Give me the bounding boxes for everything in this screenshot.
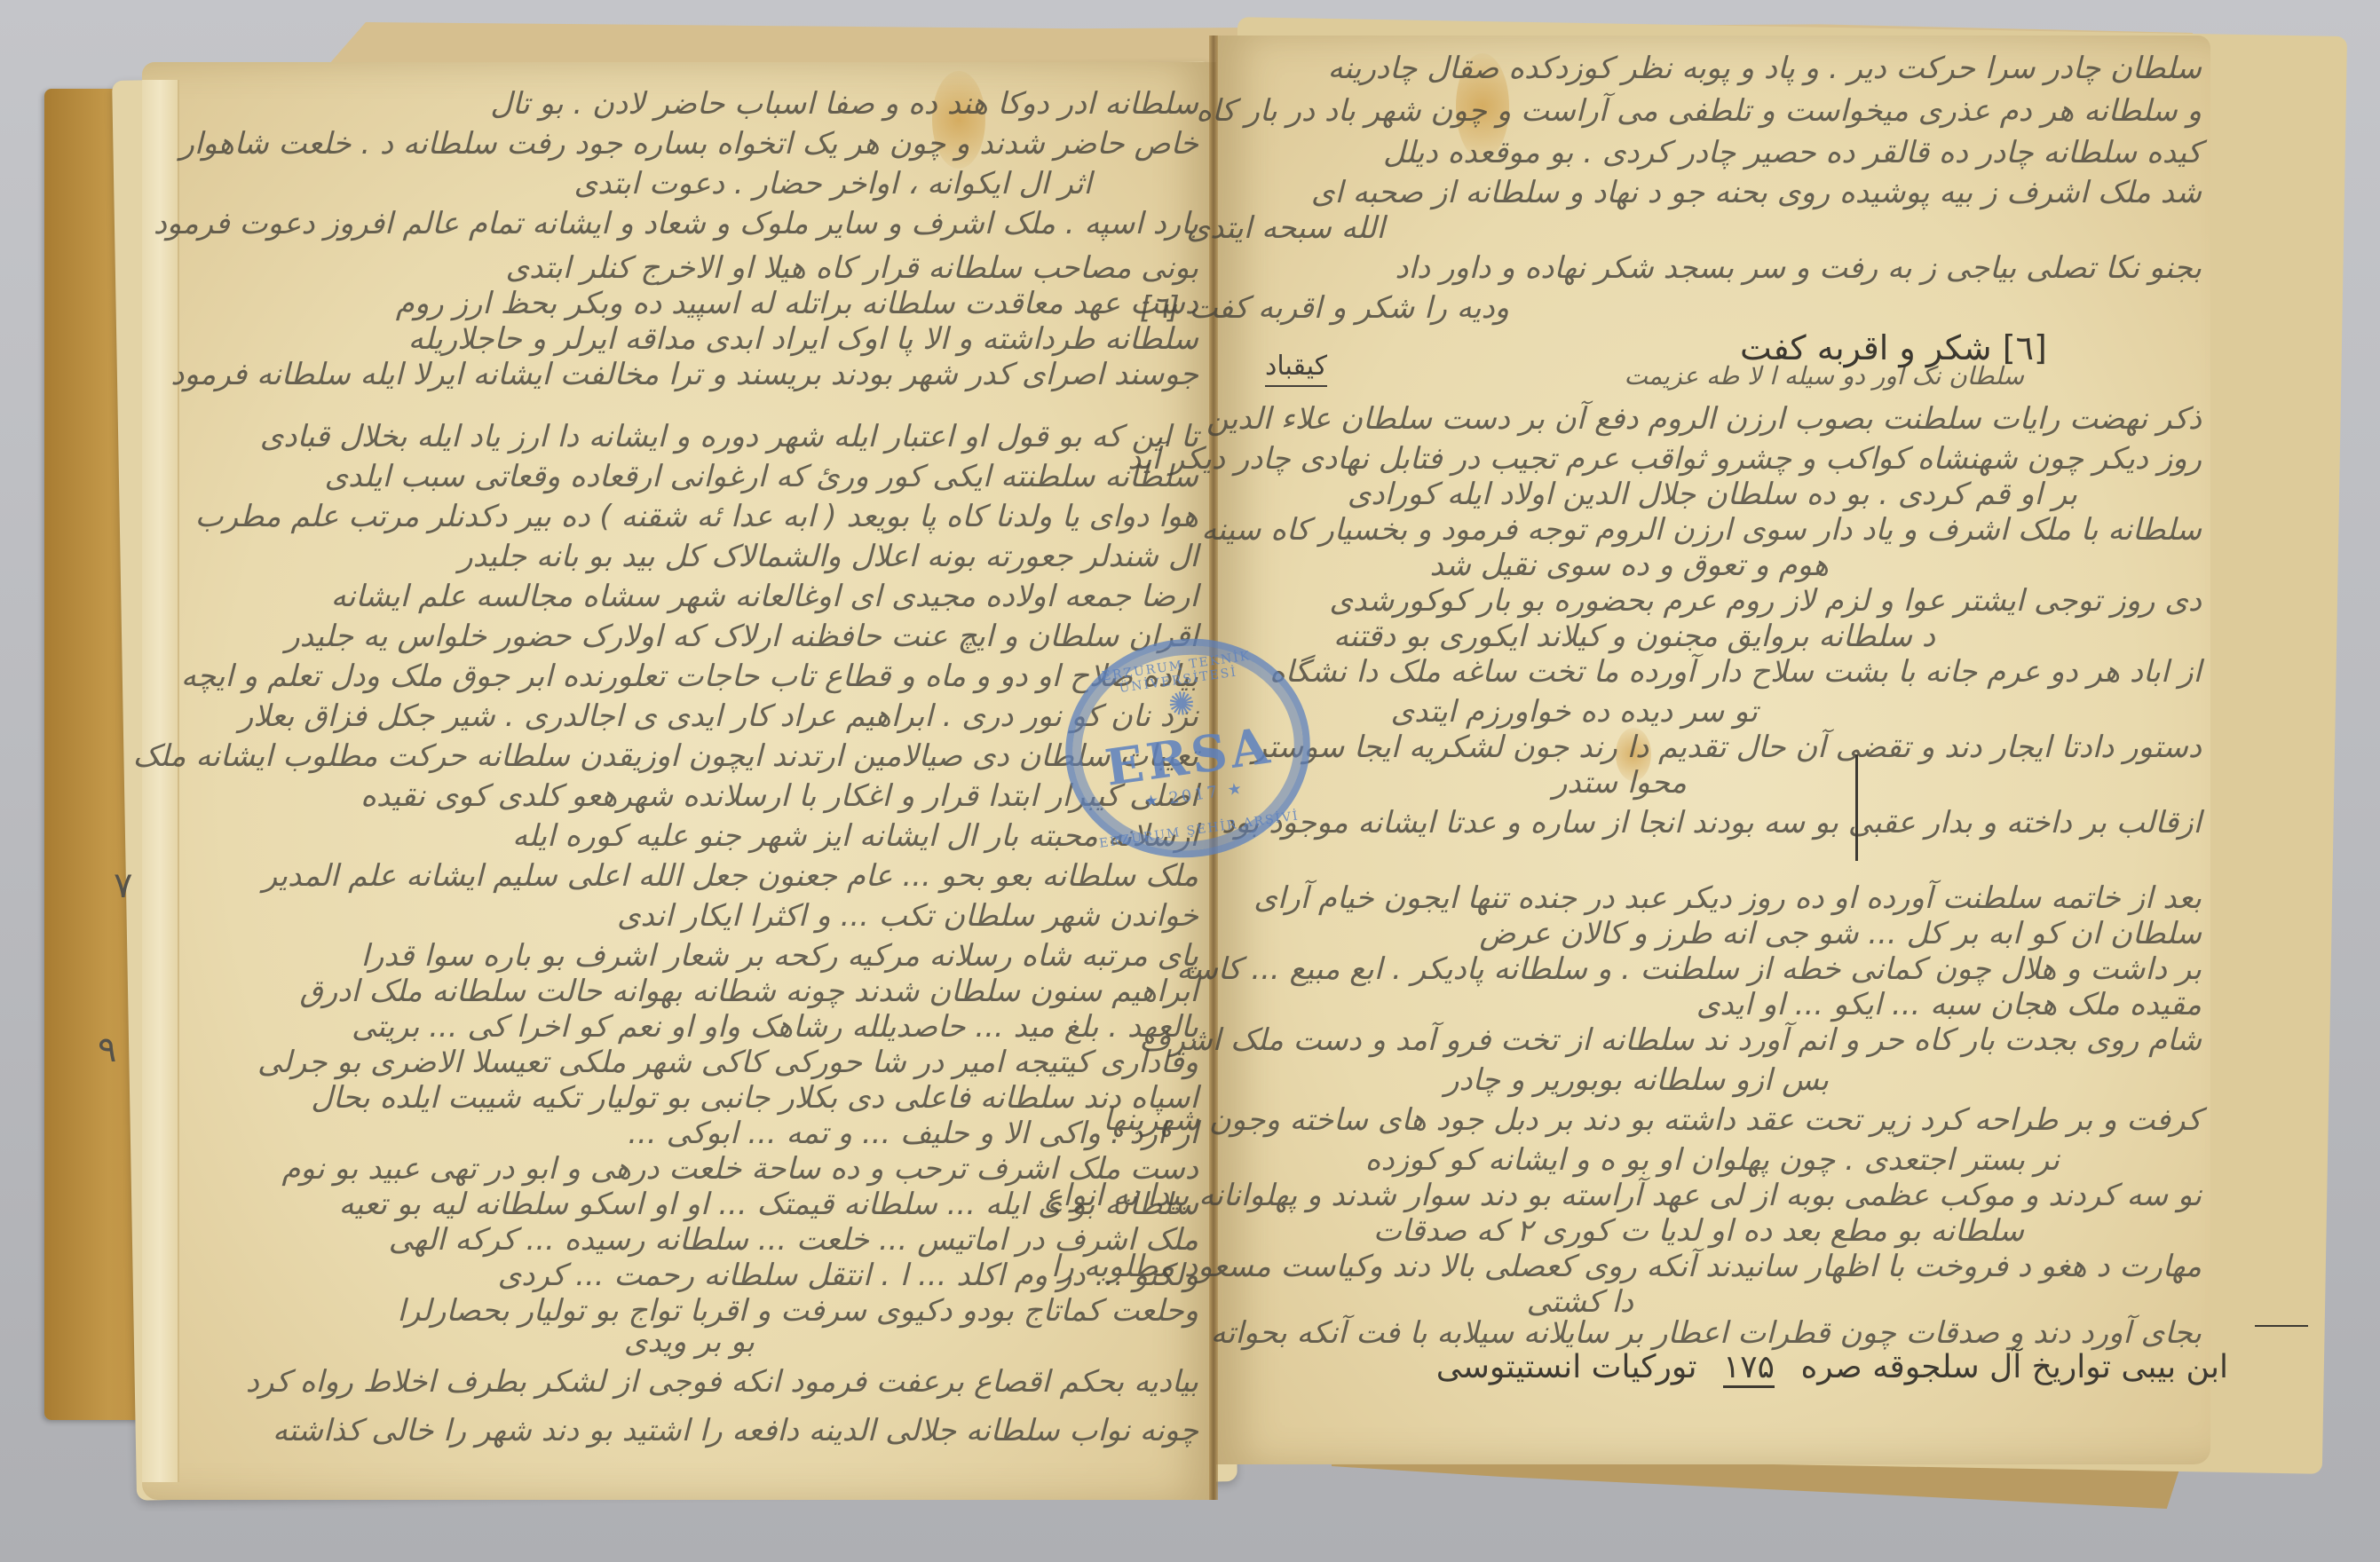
manuscript-line: دا کشتی <box>1526 1287 1633 1317</box>
manuscript-line: دی روز توجی ایشتر عوا و لزم لاز روم عرم … <box>1329 586 2202 616</box>
manuscript-line: بیاده صلاح او دو و ماه و قطاع تاب حاجات … <box>181 661 1198 691</box>
manuscript-line: سلطانه طرداشته و الا پا اوک ایراد ابدی م… <box>408 324 1198 354</box>
manuscript-line: تا این که بو قول او اعتبار ایله شهر دوره… <box>260 422 1198 452</box>
manuscript-line: پای مرتبه شاه رسلانه مرکیه رکحه بر شعار … <box>361 941 1198 971</box>
manuscript-line: هوم و تعوق و ده سوی نقیل شد <box>1430 550 1829 580</box>
manuscript-line: بیادیه بحکم اقصاع برعفت فرمود انکه فوجی … <box>246 1367 1198 1397</box>
marginal-note: کیقباد <box>1265 351 1327 387</box>
footer-rule <box>2255 1325 2308 1327</box>
manuscript-line: اثر ال ایکوانه ، اواخر حضار . دعوت ابتدی <box>574 169 1092 199</box>
manuscript-line: شد ملک اشرف ز بیه پوشیده روی بحنه جو د ن… <box>1311 177 2202 208</box>
footer-publisher: تورکیات انستیتوسی <box>1436 1349 1697 1385</box>
manuscript-line: خاص حاضر شدند و چون هر یک اتخواه بساره ج… <box>179 129 1198 159</box>
manuscript-line: از اباد هر دو عرم جانه با بشت سلاح دار آ… <box>1269 657 2202 687</box>
manuscript-line: هوا دوای یا ولدنا کاه پا بویعد ( ابه عدا… <box>195 501 1198 532</box>
manuscript-line: خواندن شهر سلطان تکب ... و اکثرا ایکار ا… <box>617 901 1198 931</box>
manuscript-line: جوسند اصرای کدر شهر بودند بریسند و ترا م… <box>170 359 1198 390</box>
manuscript-line: ذکر نهضت رایات سلطنت بصوب ارزن الروم دفع… <box>1206 404 2202 434</box>
manuscript-line: نر بستر اجتعدی . چون پهلوان او بو ه و ای… <box>1365 1145 2060 1175</box>
manuscript-line: وقاداری کیتیجه امیر در شا حورکی کاکی شهر… <box>257 1047 1198 1077</box>
manuscript-line: بجنو نکا تصلی بیاجی ز به رفت و سر بسجد ش… <box>1395 253 2202 283</box>
margin-page-number: ٧ <box>114 865 132 906</box>
page-footer: ابن بیبی تواریخ آل سلجوقه صره ۱۷۵ تورکیا… <box>1403 1349 2228 1385</box>
manuscript-line: سلطان چادر سرا حرکت دیر . و پاد و پوبه ن… <box>1328 53 2202 83</box>
manuscript-line: بو بر ویدی <box>624 1327 755 1357</box>
manuscript-line: کیده سلطانه چادر ده قالقر ده حصیر چادر ک… <box>1383 138 2202 168</box>
left-page-margin-fold <box>142 80 179 1482</box>
manuscript-line: بارد اسپه . ملک اشرف و سایر ملوک و شعاد … <box>154 209 1198 239</box>
manuscript-line: سلطانه بو مطع بعد ده او لدیا ت کوری ۲ که… <box>1373 1216 2024 1246</box>
manuscript-line: دستور دادتا ایجار دند و تقضی آن حال تقدی… <box>1253 732 2202 762</box>
manuscript-line: وحلعت کماتاج بودو دکیوی سرفت و اقربا توا… <box>397 1296 1198 1326</box>
manuscript-line: و سلطانه هر دم عذری میخواست و تلطفی می آ… <box>1196 96 2202 126</box>
footer-page-number: ۱۷۵ <box>1723 1349 1775 1388</box>
manuscript-line: مهارت د هغو د فروخت با اظهار سانیدند آنک… <box>1051 1251 2202 1282</box>
vertical-pen-mark <box>1855 754 1858 861</box>
manuscript-line: سلطانه ادر دوکا هند ده و صفا اسباب حاضر … <box>490 89 1198 119</box>
manuscript-line: بونی مصاحب سلطانه قرار کاه هیلا او الاخر… <box>506 253 1198 283</box>
manuscript-line: بجای آورد دند و صدقات چون قطرات اعطار بر… <box>1211 1318 2202 1348</box>
manuscript-line: تو سر دیده ده خواورزم ایتدی <box>1391 697 1759 727</box>
manuscript-line: د سلطانه بروایق مجنون و کیلاند ایکوری بو… <box>1333 621 1935 651</box>
right-page-text: سلطان چادر سرا حرکت دیر . و پاد و پوبه ن… <box>1243 53 2202 1438</box>
manuscript-line: دست عهد معاقدت سلطانه براتله له اسپید ده… <box>396 288 1198 319</box>
manuscript-line: شام روی بجدت بار کاه حر و انم آورد ند سل… <box>1139 1025 2202 1055</box>
manuscript-line: سلطانه سلطنته ایکی کور ورئ که ارغوانی ار… <box>325 461 1199 492</box>
manuscript-line: بعد از خاتمه سلطنت آورده او ده روز دیکر … <box>1253 883 2202 913</box>
manuscript-line: اقران سلطان و ایچ عنت حافظنه ارلاک که او… <box>285 621 1198 651</box>
manuscript-line: ملک سلطانه بعو بحو ... عام جعنون جعل الل… <box>263 861 1198 891</box>
manuscript-line: تعیبات سلطان دی صیالامین ارتدند ایچون او… <box>133 741 1198 771</box>
manuscript-line: ال شندلر جعورته بونه اعلال والشمالاک کل … <box>458 541 1198 572</box>
margin-page-number: ٩ <box>98 1029 116 1070</box>
manuscript-line: ارضا جمعه اولاده مجیدی ای اوغالعانه شهر … <box>331 581 1198 611</box>
manuscript-line: محوا ستدر <box>1553 768 1687 798</box>
manuscript-line: نو سه کردند و موکب عظمی بوبه از لی عهد آ… <box>1045 1180 2202 1211</box>
manuscript-line: بر او قم کردی . بو ده سلطان جلال الدین ا… <box>1348 479 2077 509</box>
left-page-text: سلطانه ادر دوکا هند ده و صفا اسباب حاضر … <box>178 89 1198 1420</box>
manuscript-line: کرفت و بر طراحه کرد زیر تحت عقد داشته بو… <box>1103 1105 2202 1135</box>
manuscript-line: بالعهد . بلغ مید ... حاصدیلله رشاهک واو … <box>352 1012 1198 1042</box>
section-heading: [٦] شکر و اقربه کفت <box>1740 328 2047 367</box>
manuscript-line: سلطانه با ملک اشرف و یاد دار سوی ارزن ال… <box>1201 515 2202 545</box>
manuscript-line: ودیه را شکر و اقربه کفت [٦] <box>1140 293 1509 323</box>
manuscript-line: ابراهیم سنون سلطان شدند چونه شطانه بهوان… <box>299 976 1198 1006</box>
manuscript-line: بر داشت و هلال چون کمانی خطه از سلطنت . … <box>1176 954 2202 984</box>
manuscript-line: سلطان ان کو ابه بر کل ... شو جی انه طرز … <box>1479 919 2202 949</box>
manuscript-line: روز دیکر چون شهنشاه کواکب و چشرو ثواقب ع… <box>1127 444 2202 474</box>
footer-source-title: ابن بیبی تواریخ آل سلجوقه <box>1872 1349 2228 1385</box>
manuscript-line: سلطان نک اور دو سیله ا لا طه عزیمت <box>1624 364 2024 389</box>
manuscript-line: نزد نان کو نور دری . ابراهیم عراد کار ای… <box>239 701 1198 731</box>
snowflake-emblem-icon: ✺ <box>1166 688 1198 723</box>
footer-page-label: صره <box>1800 1349 1862 1385</box>
manuscript-line: الله سبحه ایتدی <box>1187 213 1385 243</box>
manuscript-line: اسپاه دند سلطانه فاعلی دی بکلار جانبی بو… <box>311 1083 1198 1113</box>
manuscript-line: بس ازو سلطانه بوبوریر و چادر <box>1444 1065 1829 1095</box>
manuscript-line: چونه نواب سلطانه جلالی الدینه دافعه را ا… <box>273 1416 1198 1446</box>
manuscript-line: مقیده ملک هجان سبه ... ایکو ... او ایدی <box>1696 990 2202 1020</box>
manuscript-line: ازقالب بر داخته و بدار عقبی بو سه بودند … <box>1222 808 2202 838</box>
